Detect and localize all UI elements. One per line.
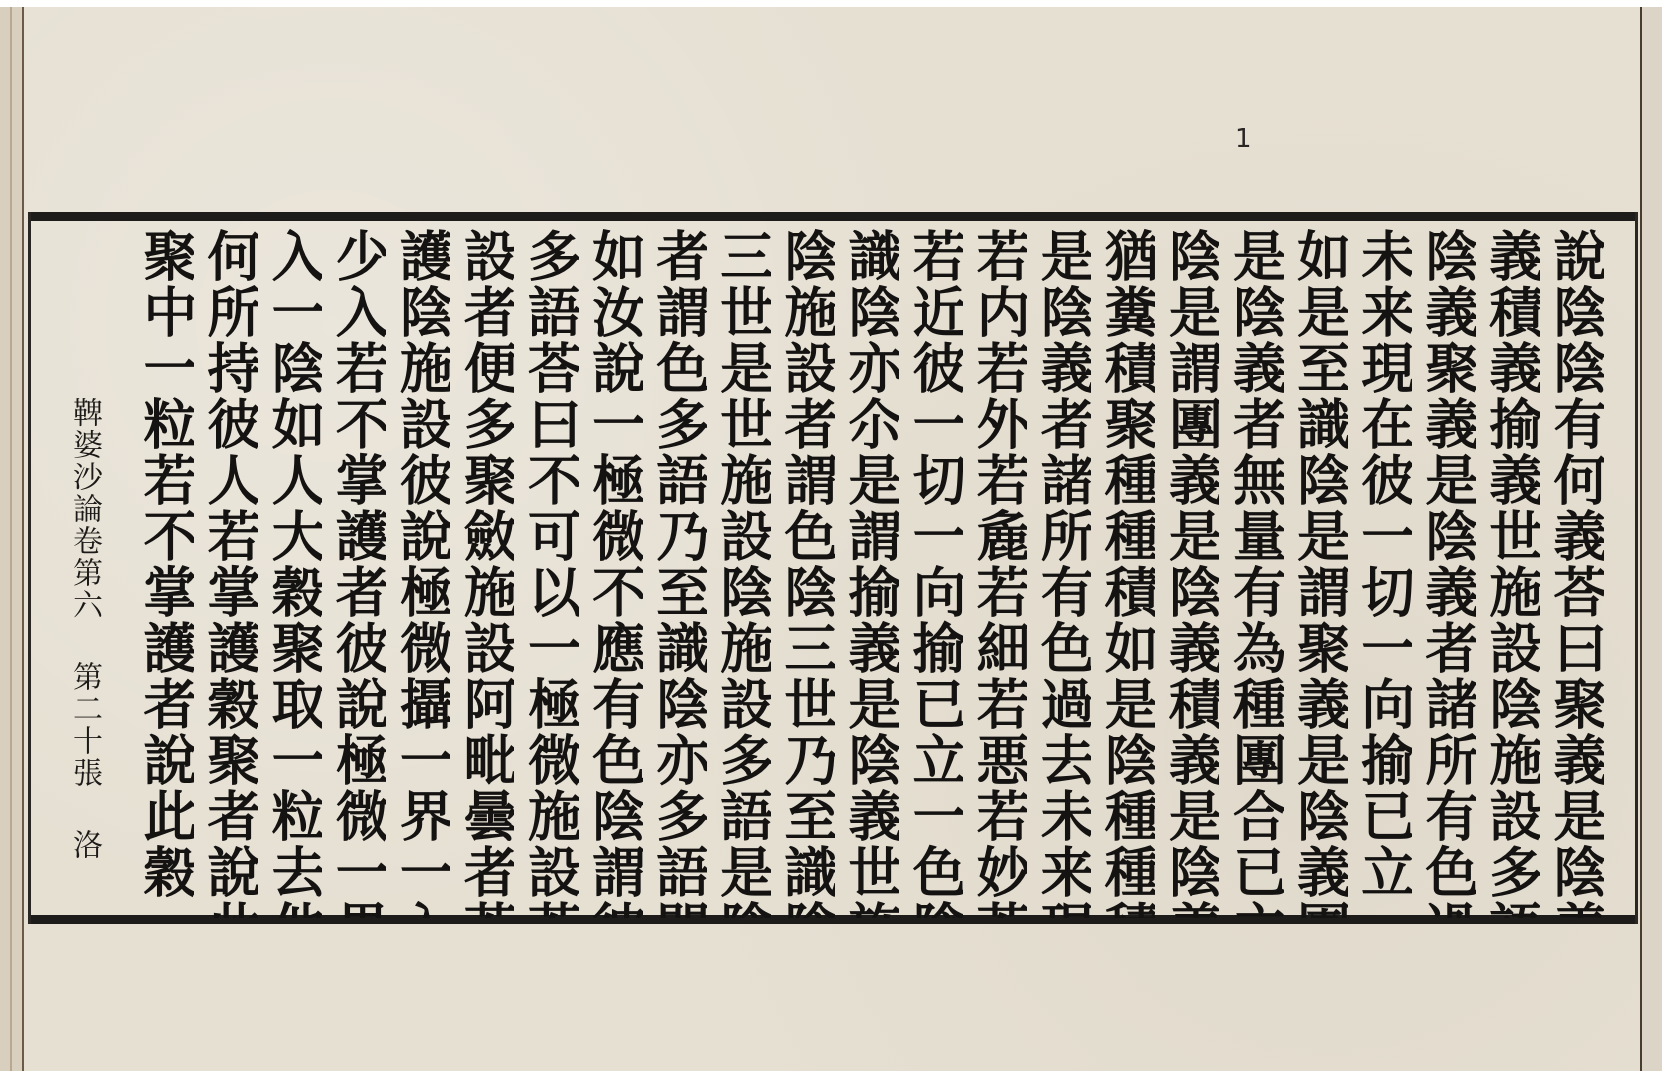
text-column: 少入若不掌護者彼說極微一界一 bbox=[322, 228, 386, 918]
text-column: 說陰陰有何義荅曰聚義是陰義團 bbox=[1540, 228, 1604, 918]
book-page: 1 鞞婆沙論卷第六第二十張洛 說陰陰有何義荅曰聚義是陰義團 義積義揄義世施設陰施… bbox=[0, 7, 1662, 1071]
text-column: 猶糞積聚種種積如是陰種種積揄義 bbox=[1091, 228, 1155, 918]
text-column: 多語荅曰不可以一極微施設若施 bbox=[514, 228, 578, 918]
text-column: 入一陰如人大穀聚取一粒去他問人 bbox=[258, 228, 322, 918]
binding-line bbox=[10, 7, 12, 1071]
text-column: 護陰施設彼說極微攝一界一入一陰 bbox=[386, 228, 450, 918]
text-column: 聚中一粒若不掌護者說此穀一粒 bbox=[130, 228, 194, 918]
left-border-rule bbox=[28, 212, 31, 924]
top-border-rule bbox=[28, 212, 1638, 221]
text-columns: 說陰陰有何義荅曰聚義是陰義團 義積義揄義世施設陰施設多語是 陰義聚義是陰義者諸所… bbox=[130, 228, 1604, 918]
text-column: 識陰亦尒是謂揄義是陰義世施設 bbox=[835, 228, 899, 918]
text-column: 陰是謂團義是陰義積義是陰義者 bbox=[1155, 228, 1219, 918]
text-column: 三世是世施設陰施設多語是陰義 bbox=[707, 228, 771, 918]
right-binding-edge bbox=[1640, 7, 1662, 1071]
text-frame: 說陰陰有何義荅曰聚義是陰義團 義積義揄義世施設陰施設多語是 陰義聚義是陰義者諸所… bbox=[28, 212, 1638, 924]
text-column: 何所持彼人若掌護穀聚者說此穀 bbox=[194, 228, 258, 918]
text-column: 若内若外若麁若細若悪若妙若遠 bbox=[963, 228, 1027, 918]
text-column: 者謂色多語乃至識陰亦多語問曰 bbox=[643, 228, 707, 918]
text-column: 設者便多聚斂施設阿毗曇者若掌 bbox=[450, 228, 514, 918]
text-column: 未来現在彼一切一向揄已立一色陰 bbox=[1348, 228, 1412, 918]
text-column: 如是至識陰是謂聚義是陰義團義 bbox=[1284, 228, 1348, 918]
page-mark: 1 bbox=[1235, 124, 1252, 154]
text-column: 是陰義者無量有為種團合已立五 bbox=[1219, 228, 1283, 918]
text-column: 若近彼一切一向揄已立一色陰乃至 bbox=[899, 228, 963, 918]
left-binding-edge bbox=[0, 7, 24, 1071]
right-border-rule bbox=[1635, 212, 1638, 924]
text-column: 如汝說一極微不應有色陰謂彼無 bbox=[579, 228, 643, 918]
text-column: 陰義聚義是陰義者諸所有色過去 bbox=[1412, 228, 1476, 918]
text-column: 陰施設者謂色陰三世乃至識陰亦 bbox=[771, 228, 835, 918]
text-column: 義積義揄義世施設陰施設多語是 bbox=[1476, 228, 1540, 918]
text-column: 是陰義者諸所有色過去未来現在 bbox=[1027, 228, 1091, 918]
